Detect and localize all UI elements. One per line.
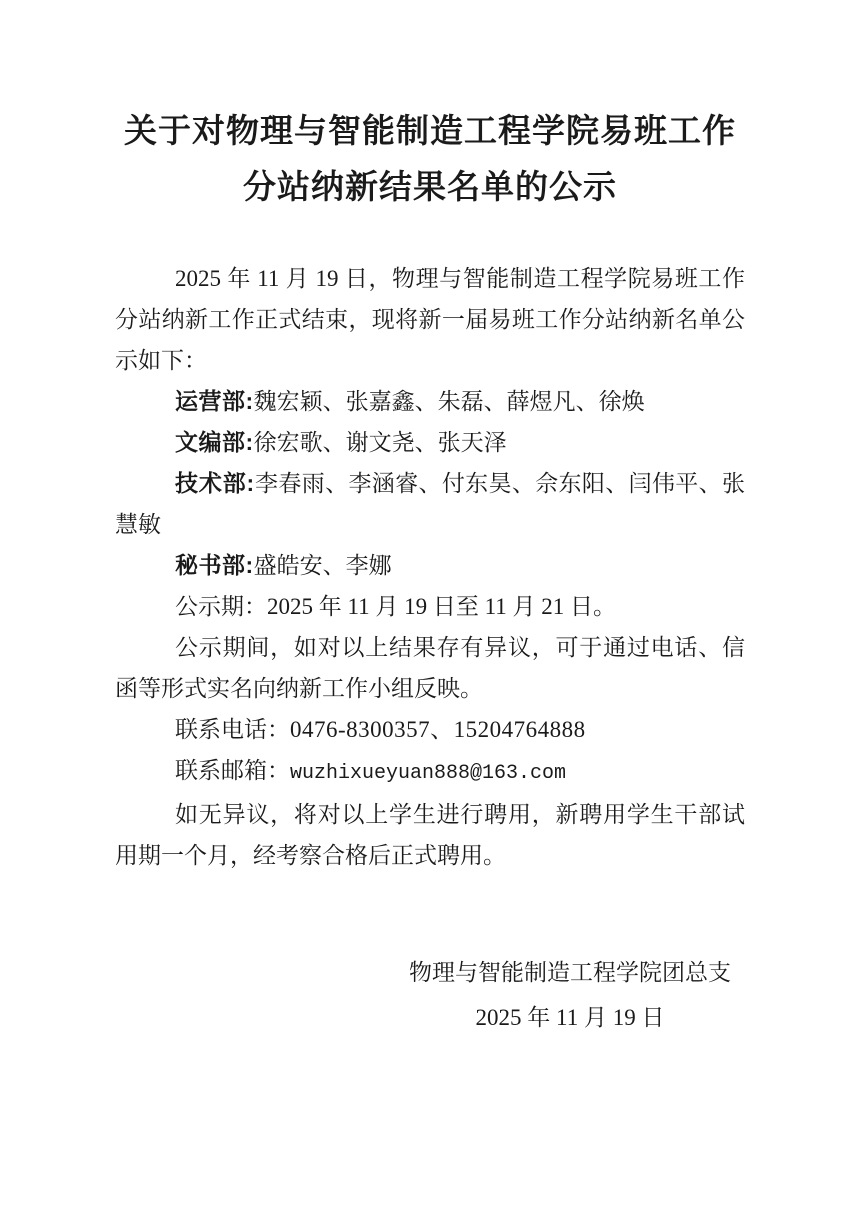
document-title: 关于对物理与智能制造工程学院易班工作 分站纳新结果名单的公示 — [115, 104, 745, 216]
document-body: 2025 年 11 月 19 日，物理与智能制造工程学院易班工作分站纳新工作正式… — [115, 258, 745, 876]
department-label-editorial: 文编部: — [175, 429, 254, 455]
department-label-operations: 运营部: — [175, 388, 254, 414]
contact-email-line: 联系邮箱：wuzhixueyuan888@163.com — [115, 750, 745, 794]
intro-paragraph: 2025 年 11 月 19 日，物理与智能制造工程学院易班工作分站纳新工作正式… — [115, 258, 745, 381]
department-line-technology: 技术部:李春雨、李涵睿、付东昊、佘东阳、闫伟平、张慧敏 — [115, 463, 745, 545]
contact-email-label: 联系邮箱： — [175, 758, 290, 783]
closing-paragraph: 如无异议，将对以上学生进行聘用，新聘用学生干部试用期一个月，经考察合格后正式聘用… — [115, 794, 745, 876]
department-label-technology: 技术部: — [175, 470, 255, 496]
department-line-secretariat: 秘书部:盛皓安、李娜 — [115, 545, 745, 586]
objection-paragraph: 公示期间，如对以上结果存有异议，可于通过电话、信函等形式实名向纳新工作小组反映。 — [115, 627, 745, 709]
document-title-line-2: 分站纳新结果名单的公示 — [115, 160, 745, 216]
department-line-editorial: 文编部:徐宏歌、谢文尧、张天泽 — [115, 422, 745, 463]
contact-phone-label: 联系电话： — [175, 717, 290, 742]
contact-email-value: wuzhixueyuan888@163.com — [290, 762, 566, 785]
signature-organization: 物理与智能制造工程学院团总支 — [409, 950, 731, 995]
announcement-document: 关于对物理与智能制造工程学院易班工作 分站纳新结果名单的公示 2025 年 11… — [0, 0, 862, 1220]
contact-phone-value: 0476-8300357、15204764888 — [290, 717, 586, 742]
signature-block: 物理与智能制造工程学院团总支 2025 年 11 月 19 日 — [409, 950, 731, 1040]
department-label-secretariat: 秘书部: — [175, 552, 254, 578]
document-title-line-1: 关于对物理与智能制造工程学院易班工作 — [115, 104, 745, 160]
contact-phone-line: 联系电话：0476-8300357、15204764888 — [115, 709, 745, 750]
department-names-secretariat: 盛皓安、李娜 — [254, 553, 392, 578]
department-line-operations: 运营部:魏宏颖、张嘉鑫、朱磊、薛煜凡、徐焕 — [115, 381, 745, 422]
signature-date: 2025 年 11 月 19 日 — [409, 995, 731, 1040]
department-names-editorial: 徐宏歌、谢文尧、张天泽 — [254, 430, 507, 455]
department-names-operations: 魏宏颖、张嘉鑫、朱磊、薛煜凡、徐焕 — [254, 389, 645, 414]
publicity-period-line: 公示期：2025 年 11 月 19 日至 11 月 21 日。 — [115, 586, 745, 627]
